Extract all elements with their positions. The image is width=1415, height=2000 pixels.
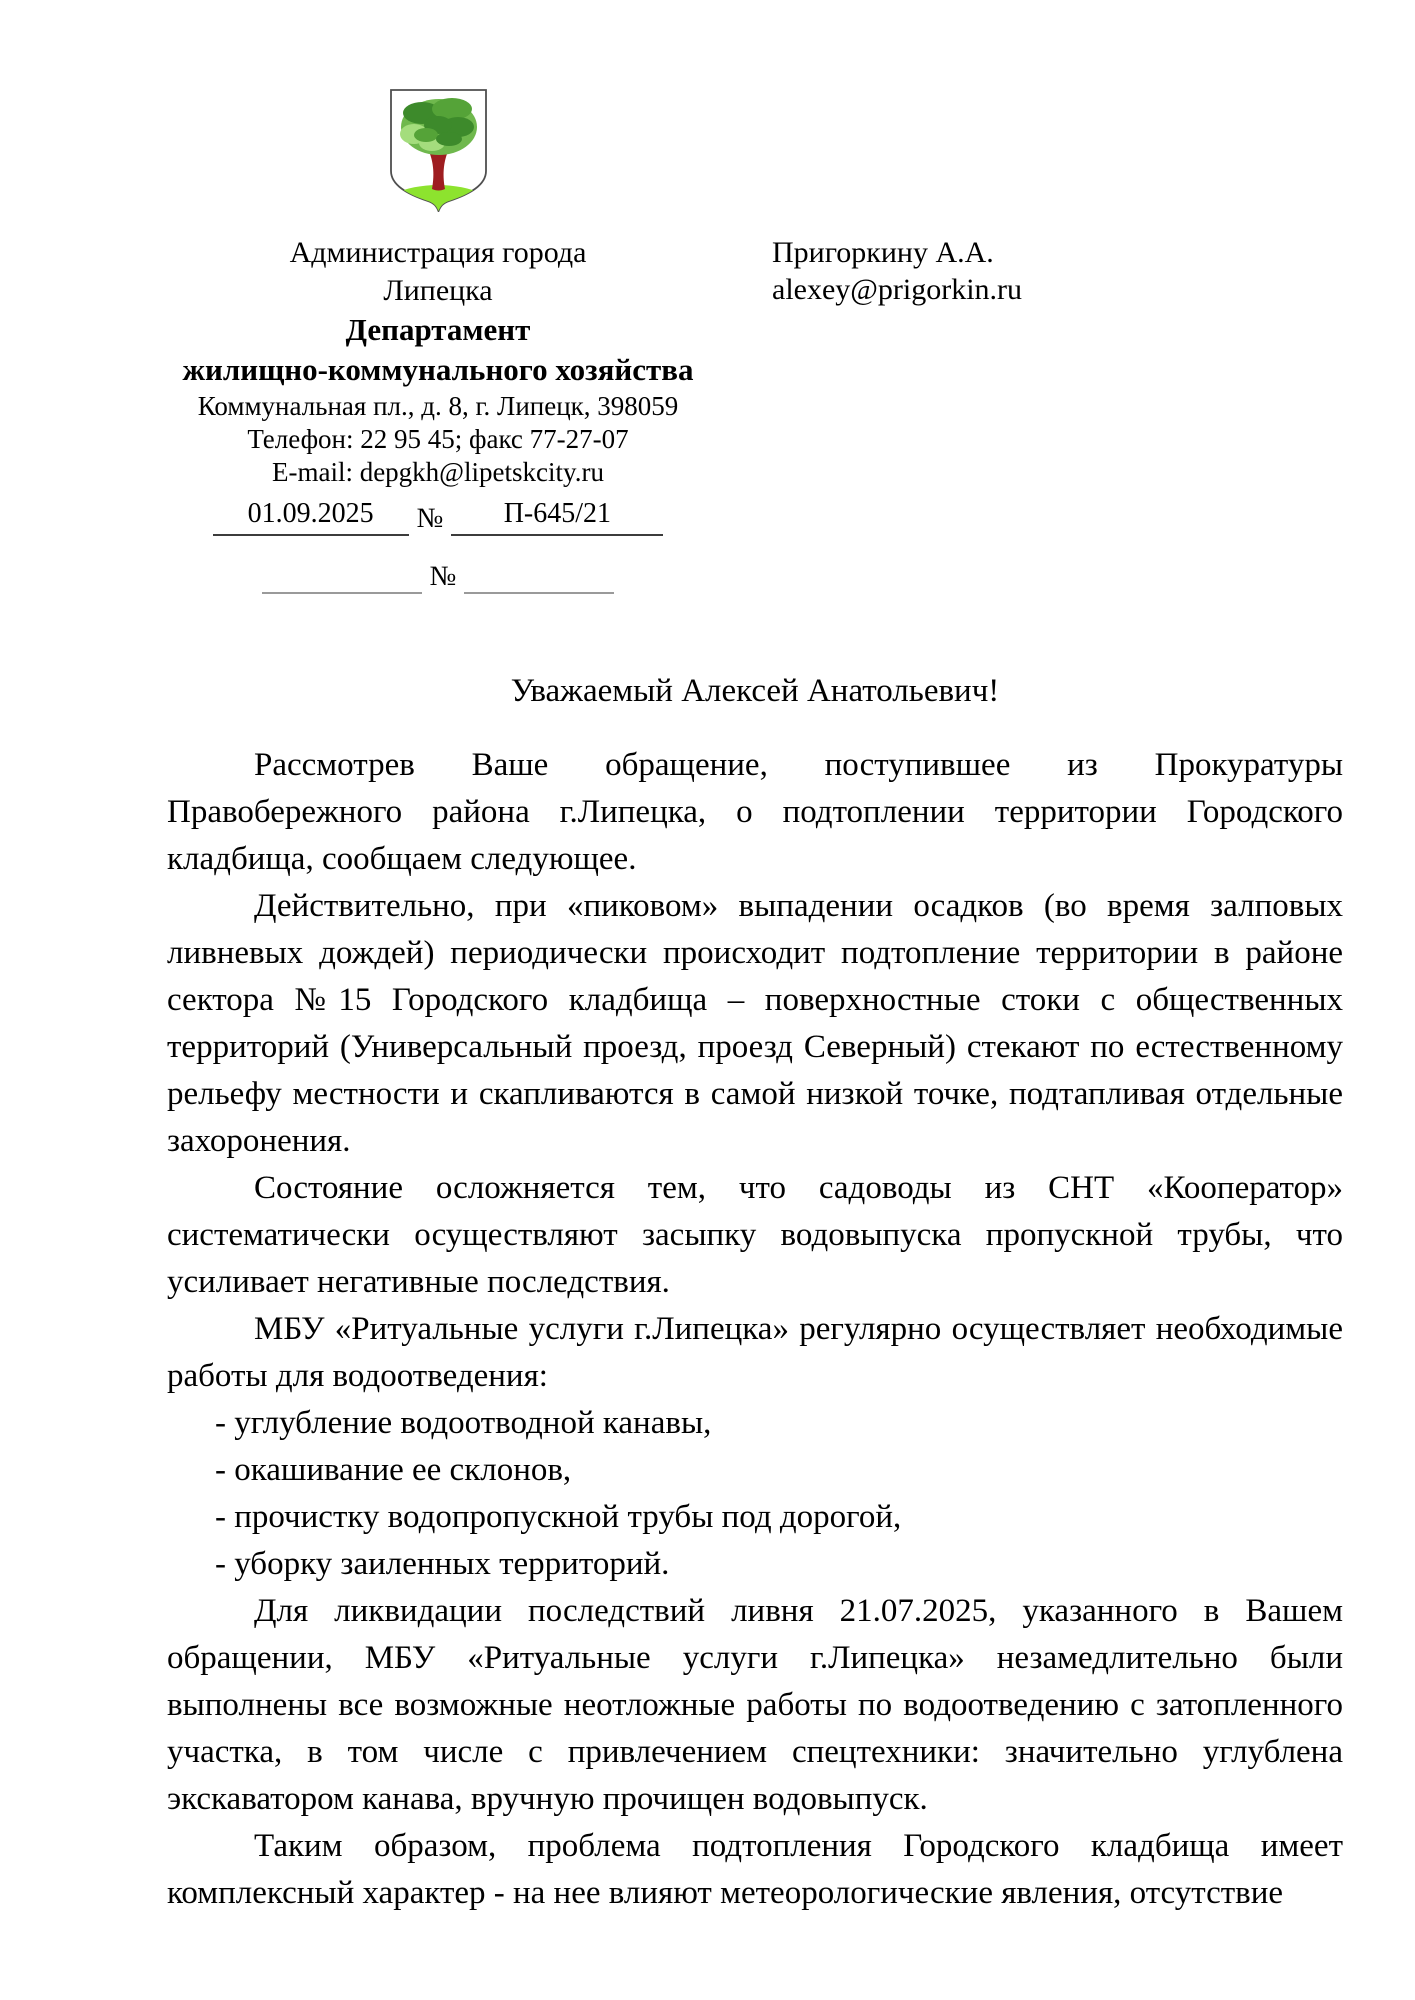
paragraph-6: Таким образом, проблема подтопления Горо… xyxy=(167,1823,1343,1917)
salutation: Уважаемый Алексей Анатольевич! xyxy=(167,668,1343,715)
list-item-2: - окашивание ее склонов, xyxy=(167,1447,1343,1494)
org-name-line2: Липецка xyxy=(130,272,746,310)
recipient-name: Пригоркину А.А. xyxy=(772,234,1022,271)
paragraph-4: МБУ «Ритуальные услуги г.Липецка» регуля… xyxy=(167,1306,1343,1400)
incoming-date-blank xyxy=(262,558,422,594)
letter-body: Уважаемый Алексей Анатольевич! Рассмотре… xyxy=(167,668,1343,1917)
dept-name-line2: жилищно-коммунального хозяйства xyxy=(130,350,746,390)
recipient-block: Пригоркину А.А. alexey@prigorkin.ru xyxy=(772,234,1022,308)
incoming-number-blank xyxy=(464,558,614,594)
org-name-line1: Администрация города xyxy=(130,234,746,272)
outgoing-number-sign: № xyxy=(417,502,444,536)
email-line: E-mail: depgkh@lipetskcity.ru xyxy=(130,456,746,489)
incoming-ref-row: № xyxy=(130,558,746,594)
outgoing-number: П-645/21 xyxy=(451,497,663,536)
dept-name-line1: Департамент xyxy=(130,310,746,350)
list-item-3: - прочистку водопропускной трубы под дор… xyxy=(167,1494,1343,1541)
outgoing-date: 01.09.2025 xyxy=(213,497,409,536)
postal-address: Коммунальная пл., д. 8, г. Липецк, 39805… xyxy=(130,390,746,423)
lipetsk-coat-of-arms-icon xyxy=(386,87,491,212)
foliage-mid-2 xyxy=(414,128,438,142)
paragraph-2: Действительно, при «пиковом» выпадении о… xyxy=(167,883,1343,1165)
outgoing-ref-row: 01.09.2025 № П-645/21 xyxy=(130,497,746,536)
incoming-number-sign: № xyxy=(430,560,457,594)
letterhead: Администрация города Липецка Департамент… xyxy=(130,87,746,594)
list-item-4: - уборку заиленных территорий. xyxy=(167,1541,1343,1588)
foliage-dark-4 xyxy=(436,132,462,146)
letter-page: Администрация города Липецка Департамент… xyxy=(0,0,1415,2000)
paragraph-5: Для ликвидации последствий ливня 21.07.2… xyxy=(167,1588,1343,1823)
paragraph-3: Состояние осложняется тем, что садоводы … xyxy=(167,1165,1343,1306)
phone-fax-line: Телефон: 22 95 45; факс 77-27-07 xyxy=(130,423,746,456)
paragraph-1: Рассмотрев Ваше обращение, поступившее и… xyxy=(167,742,1343,883)
recipient-email: alexey@prigorkin.ru xyxy=(772,271,1022,308)
list-item-1: - углубление водоотводной канавы, xyxy=(167,1400,1343,1447)
